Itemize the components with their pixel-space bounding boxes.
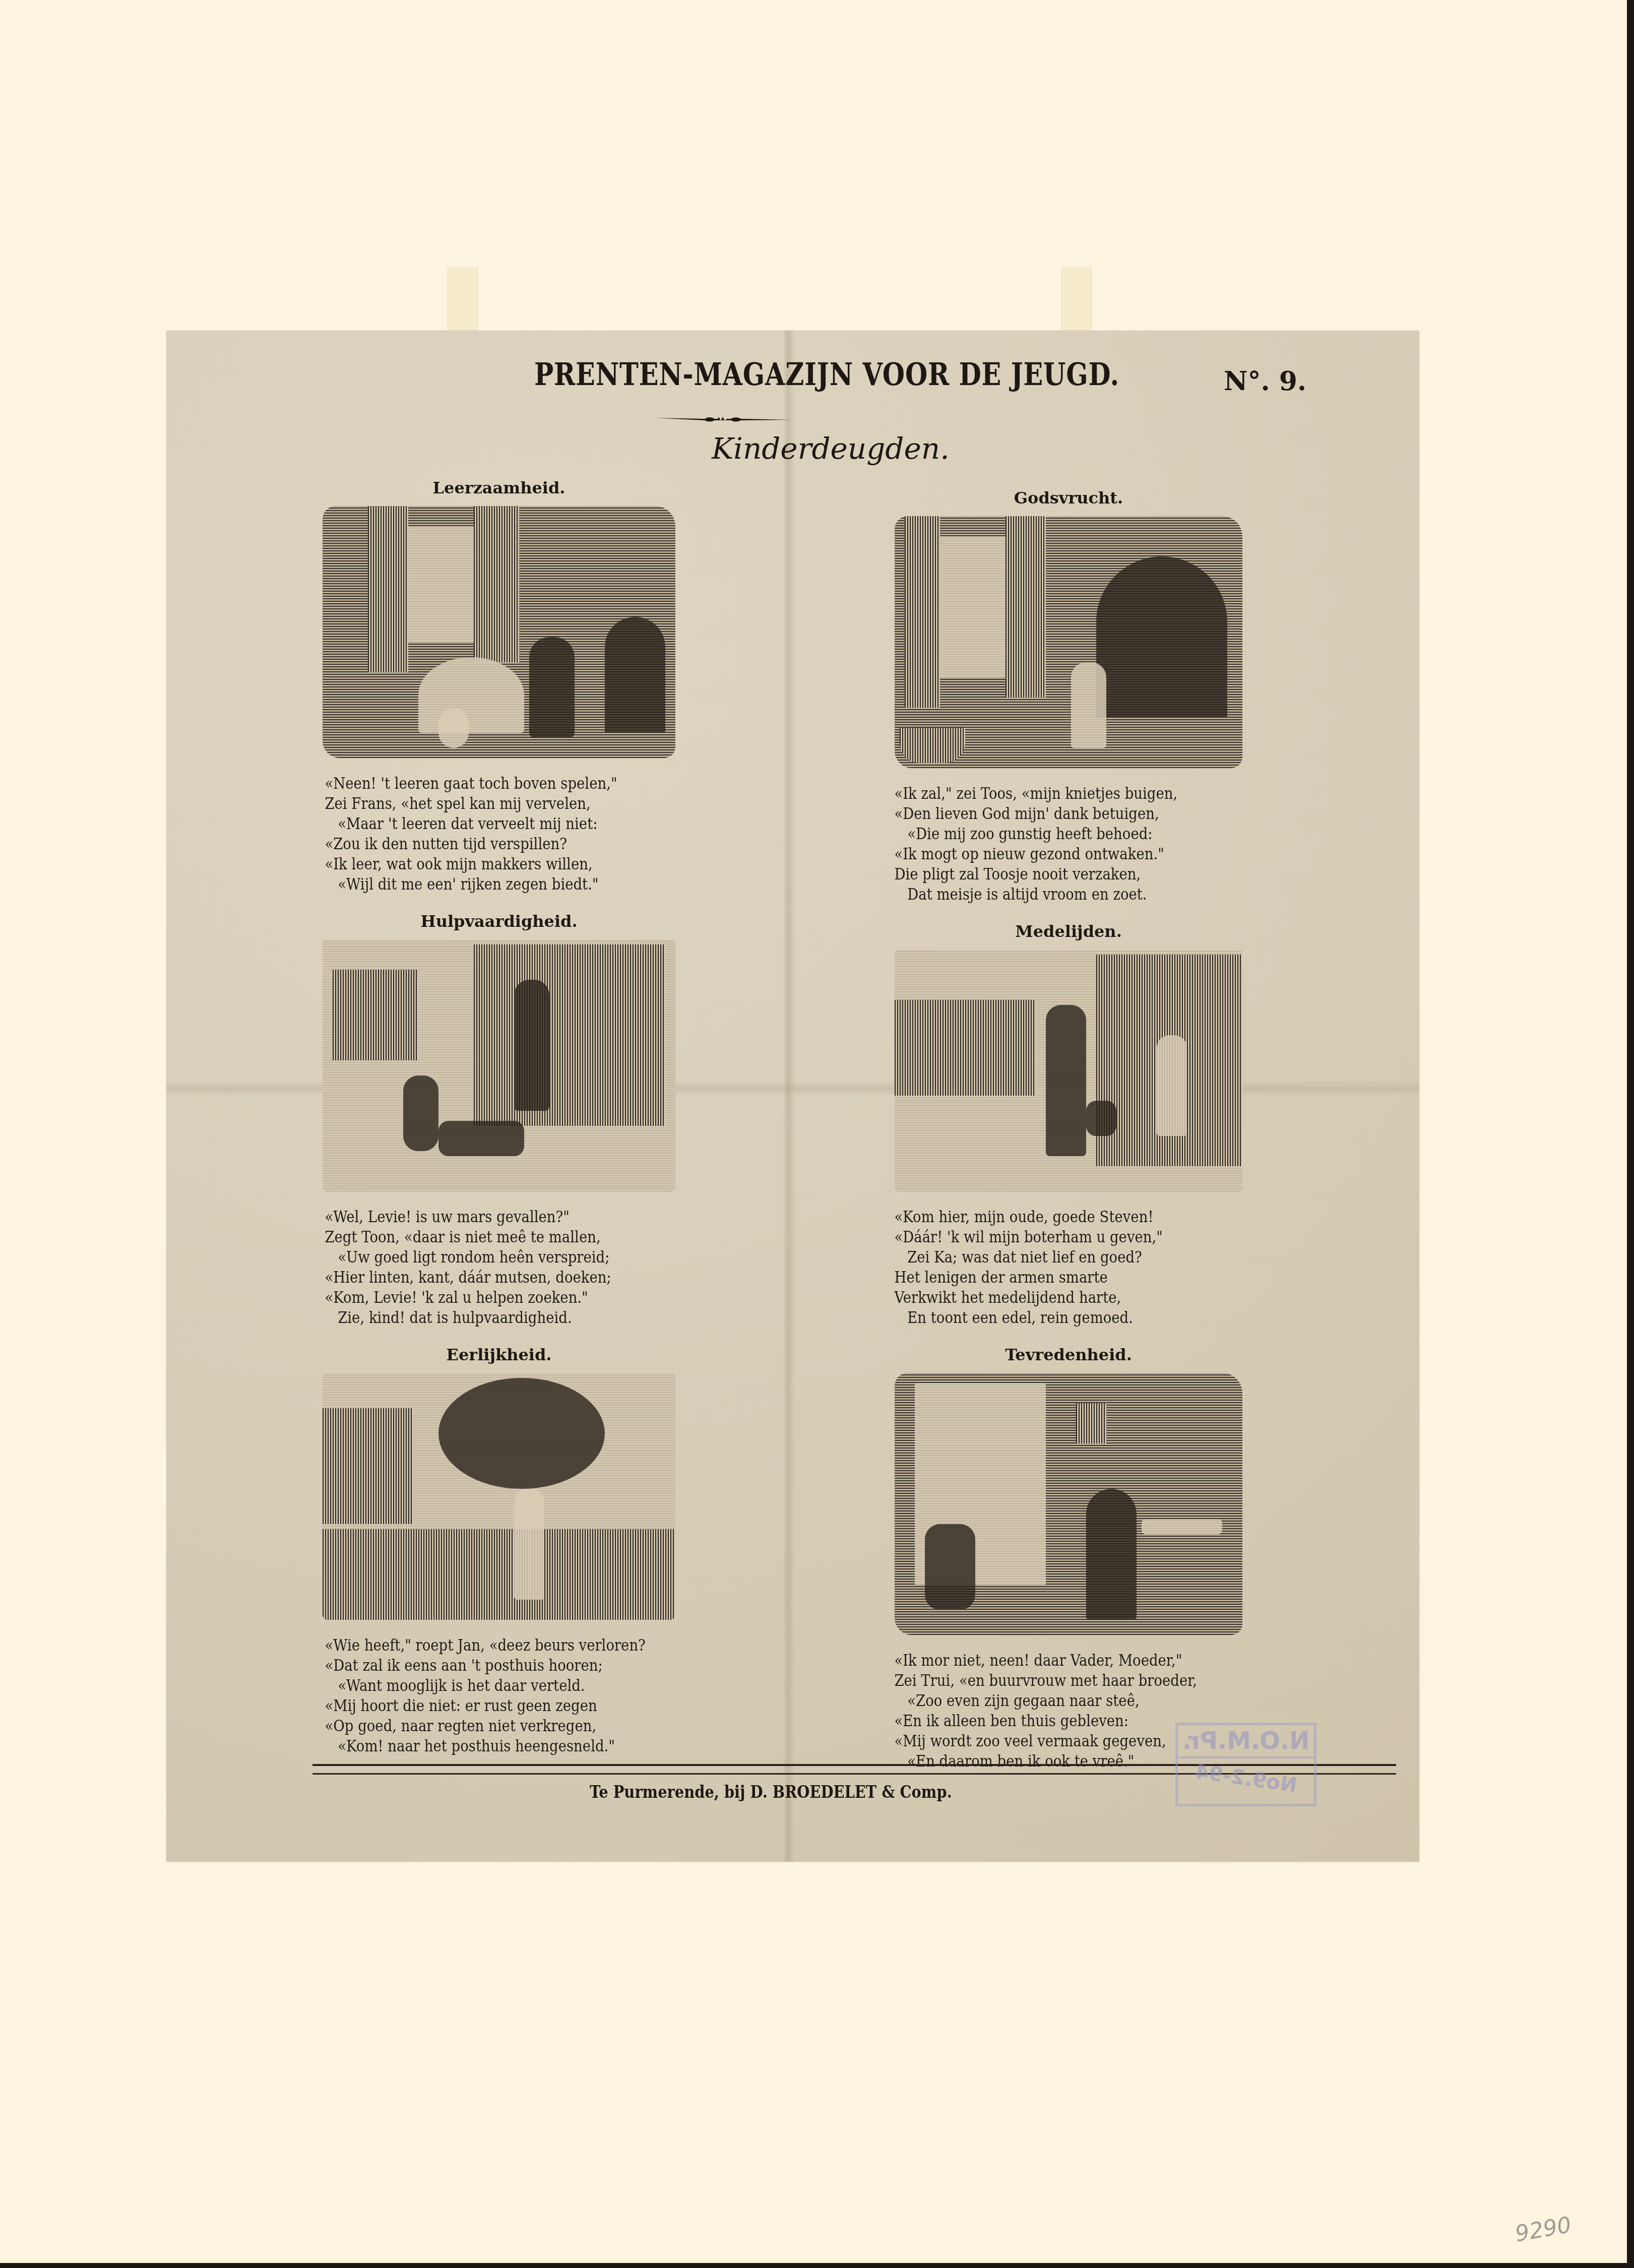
verse-line: «Mij hoort die niet: er rust geen zegen <box>325 1695 637 1716</box>
verse-line: «Wijl dit me een' rijken zegen biedt." <box>325 874 637 894</box>
scan-border-bottom <box>0 2263 1634 2268</box>
verse-line: «Mij wordt zoo veel vermaak gegeven, <box>894 1731 1206 1751</box>
panel-eerlijkheid: Eerlijkheid. «Wie heeft," roept Jan, «de… <box>307 1344 690 1756</box>
canopy-bed-icon <box>1096 556 1227 718</box>
verse-line: «Wie heeft," roept Jan, «deez beurs verl… <box>325 1635 637 1655</box>
chair-icon <box>1086 1489 1137 1620</box>
house-icon <box>333 970 418 1060</box>
verse-block: «Wie heeft," roept Jan, «deez beurs verl… <box>307 1635 637 1756</box>
desk-icon <box>605 617 665 733</box>
verse-line: «Ik zal," zei Toos, «mijn knietjes buige… <box>894 783 1206 803</box>
verse-block: «Wel, Levie! is uw mars gevallen?" Zegt … <box>307 1207 637 1328</box>
panel-heading: Tevredenheid. <box>877 1344 1260 1366</box>
road-icon <box>323 1529 675 1620</box>
verse-line: Zei Ka; was dat niet lief en goed? <box>894 1247 1206 1267</box>
verse-block: «Ik mor niet, neen! daar Vader, Moeder,"… <box>877 1650 1207 1771</box>
verse-line: «Kom hier, mijn oude, goede Steven! <box>894 1207 1206 1227</box>
panel-heading: Hulpvaardigheid. <box>307 910 690 932</box>
building-icon <box>474 944 665 1126</box>
publisher-imprint: Te Purmerende, bij D. BROEDELET & Comp. <box>590 1782 952 1802</box>
verse-line: En toont een edel, rein gemoed. <box>894 1307 1206 1328</box>
table-icon <box>418 657 524 733</box>
curtain-icon <box>1005 516 1046 698</box>
basket-icon <box>900 728 965 763</box>
verse-line: «Maar 't leeren dat verveelt mij niet: <box>325 813 637 834</box>
woodcut-illustration <box>895 950 1242 1191</box>
curtain-icon <box>474 506 519 662</box>
verse-line: Zegt Toon, «daar is niet meê te mallen, <box>325 1227 637 1247</box>
verse-line: «Ik mogt op nieuw gezond ontwaken." <box>894 844 1206 864</box>
verse-line: «Den lieven God mijn' dank betuigen, <box>894 803 1206 824</box>
verse-line: «Hier linten, kant, dáár mutsen, doeken; <box>325 1267 637 1287</box>
window-icon <box>935 536 1005 677</box>
house-icon <box>323 1408 413 1524</box>
printed-sheet: PRENTEN-MAGAZIJN VOOR DE JEUGD. N°. 9. K… <box>166 331 1419 1862</box>
issue-number: N°. 9. <box>1224 366 1306 397</box>
verse-line: Dat meisje is altijd vroom en zoet. <box>894 884 1206 904</box>
woodcut-illustration <box>895 516 1242 768</box>
boy-with-purse-icon <box>514 1489 544 1600</box>
village-icon <box>895 1000 1036 1096</box>
wall-picture-icon <box>1076 1403 1106 1443</box>
verse-block: «Ik zal," zei Toos, «mijn knietjes buige… <box>877 783 1207 904</box>
spilled-goods-icon <box>438 1121 524 1156</box>
dog-icon <box>438 708 469 748</box>
archival-mount-board: PRENTEN-MAGAZIJN VOOR DE JEUGD. N°. 9. K… <box>0 0 1634 2268</box>
panel-heading: Leerzaamheid. <box>307 477 690 499</box>
scan-border-right <box>1627 0 1634 2268</box>
verse-line: «Kom! naar het posthuis heengesneld." <box>325 1736 637 1756</box>
sheet-title: PRENTEN-MAGAZIJN VOOR DE JEUGD. <box>534 356 1119 393</box>
verse-line: Het lenigen der armen smarte <box>894 1267 1206 1287</box>
verse-line: «Uw goed ligt rondom heên verspreid; <box>325 1247 637 1267</box>
verse-line: «En ik alleen ben thuis gebleven: <box>894 1711 1206 1731</box>
old-man-figure-icon <box>1046 1005 1086 1156</box>
verse-line: «Wel, Levie! is uw mars gevallen?" <box>325 1207 637 1227</box>
trees-icon <box>438 1378 605 1489</box>
verse-line: «Zou ik den nutten tijd verspillen? <box>325 834 637 854</box>
verse-line: Verkwikt het medelijdend harte, <box>894 1287 1206 1307</box>
woodcut-illustration <box>323 506 675 758</box>
verse-line: «Op goed, naar regten niet verkregen, <box>325 1716 637 1736</box>
verse-line: «Ik mor niet, neen! daar Vader, Moeder," <box>894 1650 1206 1670</box>
verse-line: «Die mij zoo gunstig heeft behoed: <box>894 824 1206 844</box>
verse-line: «Kom, Levie! 'k zal u helpen zoeken." <box>325 1287 637 1307</box>
verse-line: «Neen! 't leeren gaat toch boven spelen,… <box>325 773 637 793</box>
woodcut-illustration <box>323 1373 675 1620</box>
verse-line: Zei Trui, «en buurvrouw met haar broeder… <box>894 1670 1206 1690</box>
side-table-icon <box>1142 1519 1222 1534</box>
panel-tevredenheid: Tevredenheid. «Ik mor niet, neen! daar V… <box>877 1344 1260 1771</box>
verse-line: «Dáár! 'k wil mijn boterham u geven," <box>894 1227 1206 1247</box>
verse-line: «Want mooglijk is het daar verteld. <box>325 1675 637 1695</box>
kneeling-girl-icon <box>1071 662 1106 748</box>
verse-line: Die pligt zal Toosje nooit verzaken, <box>894 864 1206 884</box>
ornament-rule-icon <box>654 414 791 424</box>
boy-figure-icon <box>403 1076 438 1151</box>
sheet-subtitle: Kinderdeugden. <box>712 431 950 466</box>
panel-leerzaamheid: Leerzaamheid. «Neen! 't leeren gaat toch… <box>307 477 690 894</box>
verse-block: «Kom hier, mijn oude, goede Steven! «Dáá… <box>877 1207 1207 1328</box>
verse-line: Zei Frans, «het spel kan mij vervelen, <box>325 793 637 813</box>
panel-hulpvaardigheid: Hulpvaardigheid. «Wel, Levie! is uw mars… <box>307 910 690 1328</box>
collection-stamp: N.O.M.Pr. No9.2-94 <box>1175 1723 1316 1806</box>
verse-line: «Ik leer, wat ook mijn makkers willen, <box>325 854 637 874</box>
figure-icon <box>529 637 575 738</box>
panel-heading: Godsvrucht. <box>877 487 1260 509</box>
woodcut-illustration <box>895 1373 1242 1635</box>
verse-line: «Zoo even zijn gegaan naar steê, <box>894 1690 1206 1711</box>
child-figure-icon <box>1157 1035 1187 1136</box>
panel-heading: Medelijden. <box>877 920 1260 942</box>
curtain-icon <box>368 506 408 672</box>
verse-line: Zie, kind! dat is hulpvaardigheid. <box>325 1307 637 1328</box>
girl-figure-icon <box>925 1524 975 1610</box>
panel-godsvrucht: Godsvrucht. «Ik zal," zei Toos, «mijn kn… <box>877 487 1260 904</box>
panel-heading: Eerlijkheid. <box>307 1344 690 1366</box>
pencil-catalog-number: 9290 <box>1513 2212 1573 2247</box>
woodcut-illustration <box>323 939 675 1191</box>
man-figure-icon <box>514 980 549 1111</box>
panel-medelijden: Medelijden. «Kom hier, mijn oude, goede … <box>877 920 1260 1328</box>
verse-line: «Dat zal ik eens aan 't posthuis hooren; <box>325 1655 637 1675</box>
dog-icon <box>1086 1101 1116 1136</box>
verse-block: «Neen! 't leeren gaat toch boven spelen,… <box>307 773 637 894</box>
curtain-icon <box>905 516 940 708</box>
